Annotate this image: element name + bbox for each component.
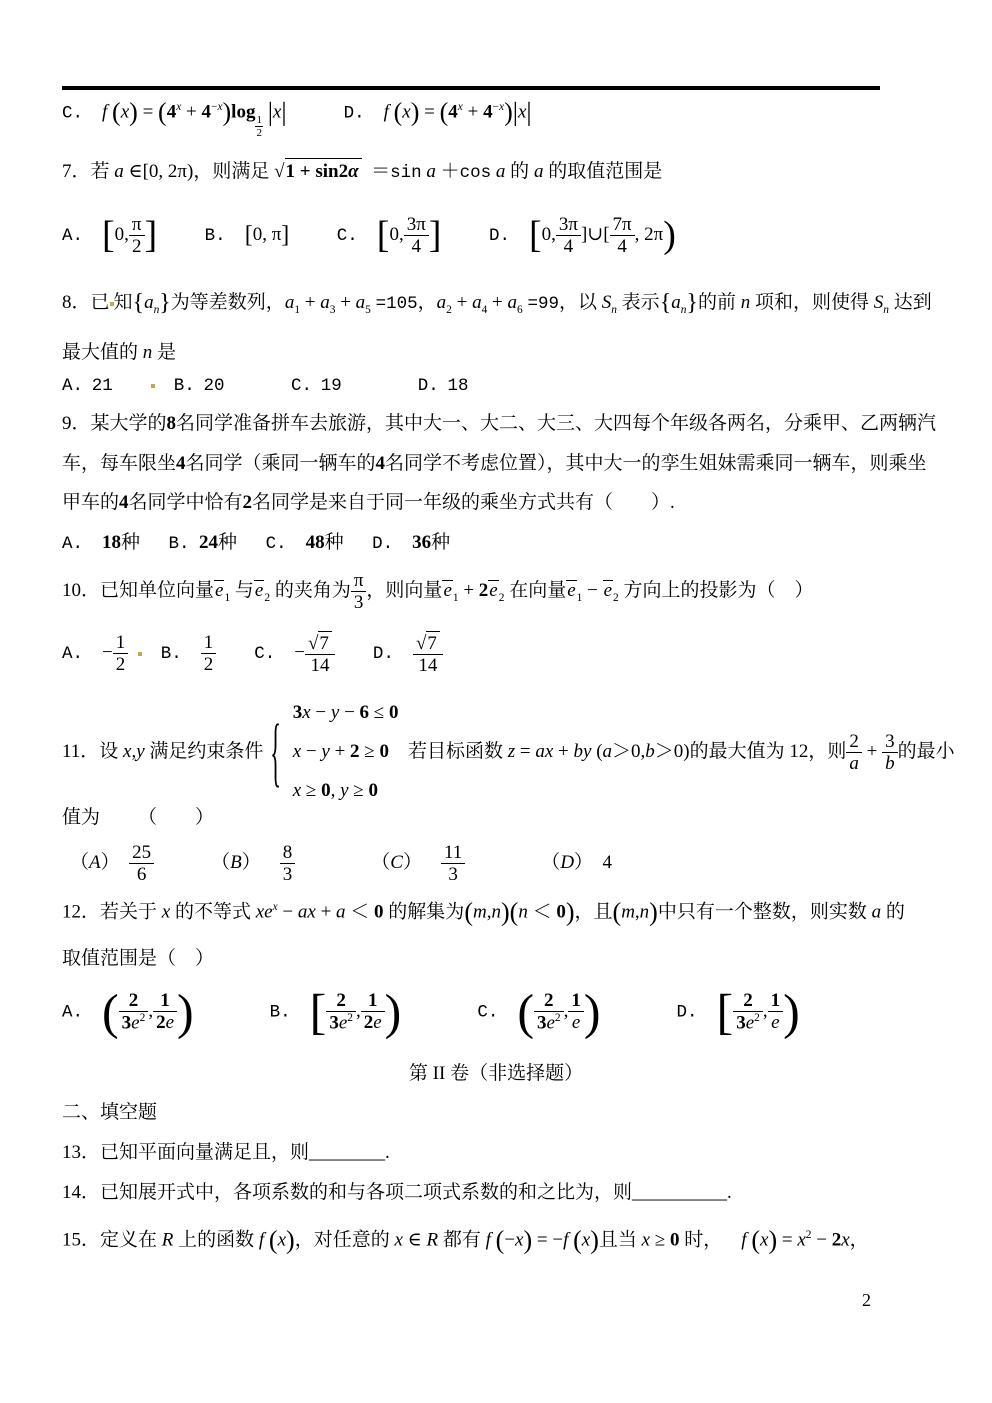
q11-options: （A） 256 （B） 83 （C） 113 （D） 4 (70, 842, 612, 886)
exam-page: C. f (x) = (4x + 4−x)log12 |x| D. f (x) … (0, 0, 992, 1403)
q9-options: A. 18种 B. 24种 C. 48种 D. 36种 (62, 531, 450, 556)
q9-stem-line2: 车，每车限坐4名同学（乘同一辆车的4名同学不考虑位置），其中大一的孪生姐妹需乘同… (62, 452, 927, 476)
q11-stem-line2: 值为 （ ） (62, 806, 214, 830)
q7-options: A. [0,π2] B. [0, π] C. [0,3π4] D. [0,3π4… (62, 214, 676, 258)
header-rule (62, 86, 880, 90)
section2-title: 第 II 卷（非选择题） (0, 1062, 992, 1086)
q8-stem-line2: 最大值的 n 是 (62, 341, 176, 365)
q15-stem: 15．定义在 R 上的函数 f (x)，对任意的 x ∈ R 都有 f (−x)… (62, 1228, 869, 1252)
q12-stem-line1: 12．若关于 x 的不等式 xex − ax + a ＜ 0 的解集为(m,n)… (62, 900, 905, 924)
q12-options: A. (23e2,12e) B. [23e2,12e) C. (23e2,1e)… (62, 990, 800, 1034)
q10-stem: 10．已知单位向量e1 与e2 的夹角为π3，则向量e1 + 2e2 在向量e1… (62, 570, 813, 614)
q11-stem: 11．设 x,y 满足约束条件{3x − y − 6 ≤ 0x − y + 2 … (62, 694, 955, 811)
q9-stem-line1: 9．某大学的8名同学准备拼车去旅游，其中大一、大二、大三、大四每个年级各两名，分… (62, 412, 936, 436)
q14-stem: 14．已知展开式中，各项系数的和与各项二项式系数的和之比为，则_________… (62, 1181, 732, 1205)
q12-stem-line2: 取值范围是（ ） (62, 947, 214, 971)
q8-stem-line1: 8．已知{an}为等差数列，a1 + a3 + a5 =105，a2 + a4 … (62, 291, 932, 317)
q9-stem-line3: 甲车的4名同学中恰有2名同学是来自于同一年级的乘坐方式共有（ ）. (62, 491, 675, 515)
q13-stem: 13．已知平面向量满足且，则________. (62, 1141, 390, 1165)
fill-in-header: 二、填空题 (62, 1101, 157, 1125)
page-number: 2 (862, 1290, 871, 1311)
q8-options: A. 21 B. 20 C. 19 D. 18 (62, 373, 469, 398)
q10-options: A. −12 B. 12 C. −√714 D. √714 (62, 631, 443, 677)
q7-stem: 7．若 a ∈[0, 2π)，则满足 √1 + sin2α ＝sin a ＋co… (62, 158, 662, 185)
q6-options-cd: C. f (x) = (4x + 4−x)log12 |x| D. f (x) … (62, 100, 532, 140)
